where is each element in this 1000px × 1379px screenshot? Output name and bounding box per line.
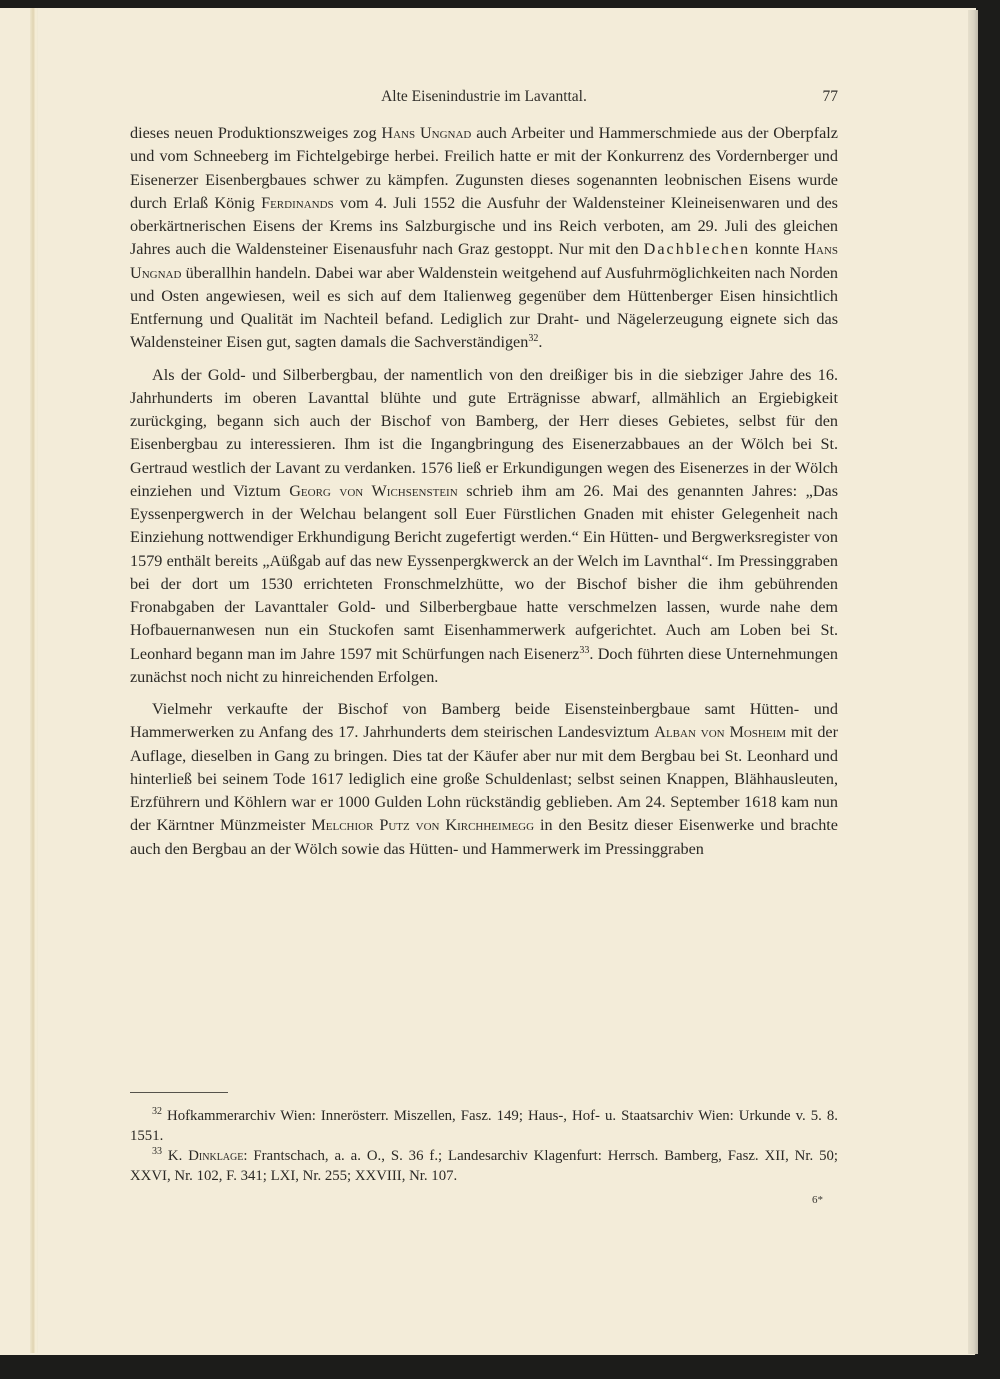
body-text: dieses neuen Produktionszweiges zog Hans…	[130, 122, 838, 861]
footnote-separator	[130, 1092, 228, 1093]
footnote-number: 33	[152, 1146, 162, 1157]
paragraph: Als der Gold- und Silberbergbau, der nam…	[130, 364, 838, 690]
person-name: Ferdinands	[261, 194, 334, 212]
scan-background	[0, 1355, 1000, 1379]
emphasis: Dachblechen	[644, 240, 751, 258]
footnote: 32 Hofkammerarchiv Wien: Innerösterr. Mi…	[130, 1106, 838, 1146]
person-name: Hans Ungnad	[381, 124, 471, 142]
signature-mark: 6*	[812, 1194, 823, 1206]
footnote-ref: 33	[579, 645, 589, 656]
person-name: Alban von Mosheim	[654, 723, 786, 741]
person-name: Melchior Putz von Kirchheimegg	[311, 816, 534, 834]
footnote-ref: 32	[528, 333, 538, 344]
person-name: Dinklage	[188, 1148, 243, 1164]
running-title: Alte Eisenindustrie im Lavanttal.	[130, 88, 838, 106]
person-name: Georg von Wichsenstein	[289, 482, 457, 500]
footnote: 33 K. Dinklage: Frantschach, a. a. O., S…	[130, 1146, 838, 1186]
paragraph: Vielmehr verkaufte der Bischof von Bambe…	[130, 698, 838, 861]
paragraph: dieses neuen Produktionszweiges zog Hans…	[130, 122, 838, 355]
page-stack-edge	[968, 10, 978, 1354]
footnotes: 32 Hofkammerarchiv Wien: Innerösterr. Mi…	[130, 1106, 838, 1186]
binding-gutter	[30, 8, 38, 1353]
running-header: Alte Eisenindustrie im Lavanttal. 77	[130, 88, 838, 110]
footnote-number: 32	[152, 1106, 162, 1117]
page-number: 77	[823, 88, 839, 106]
